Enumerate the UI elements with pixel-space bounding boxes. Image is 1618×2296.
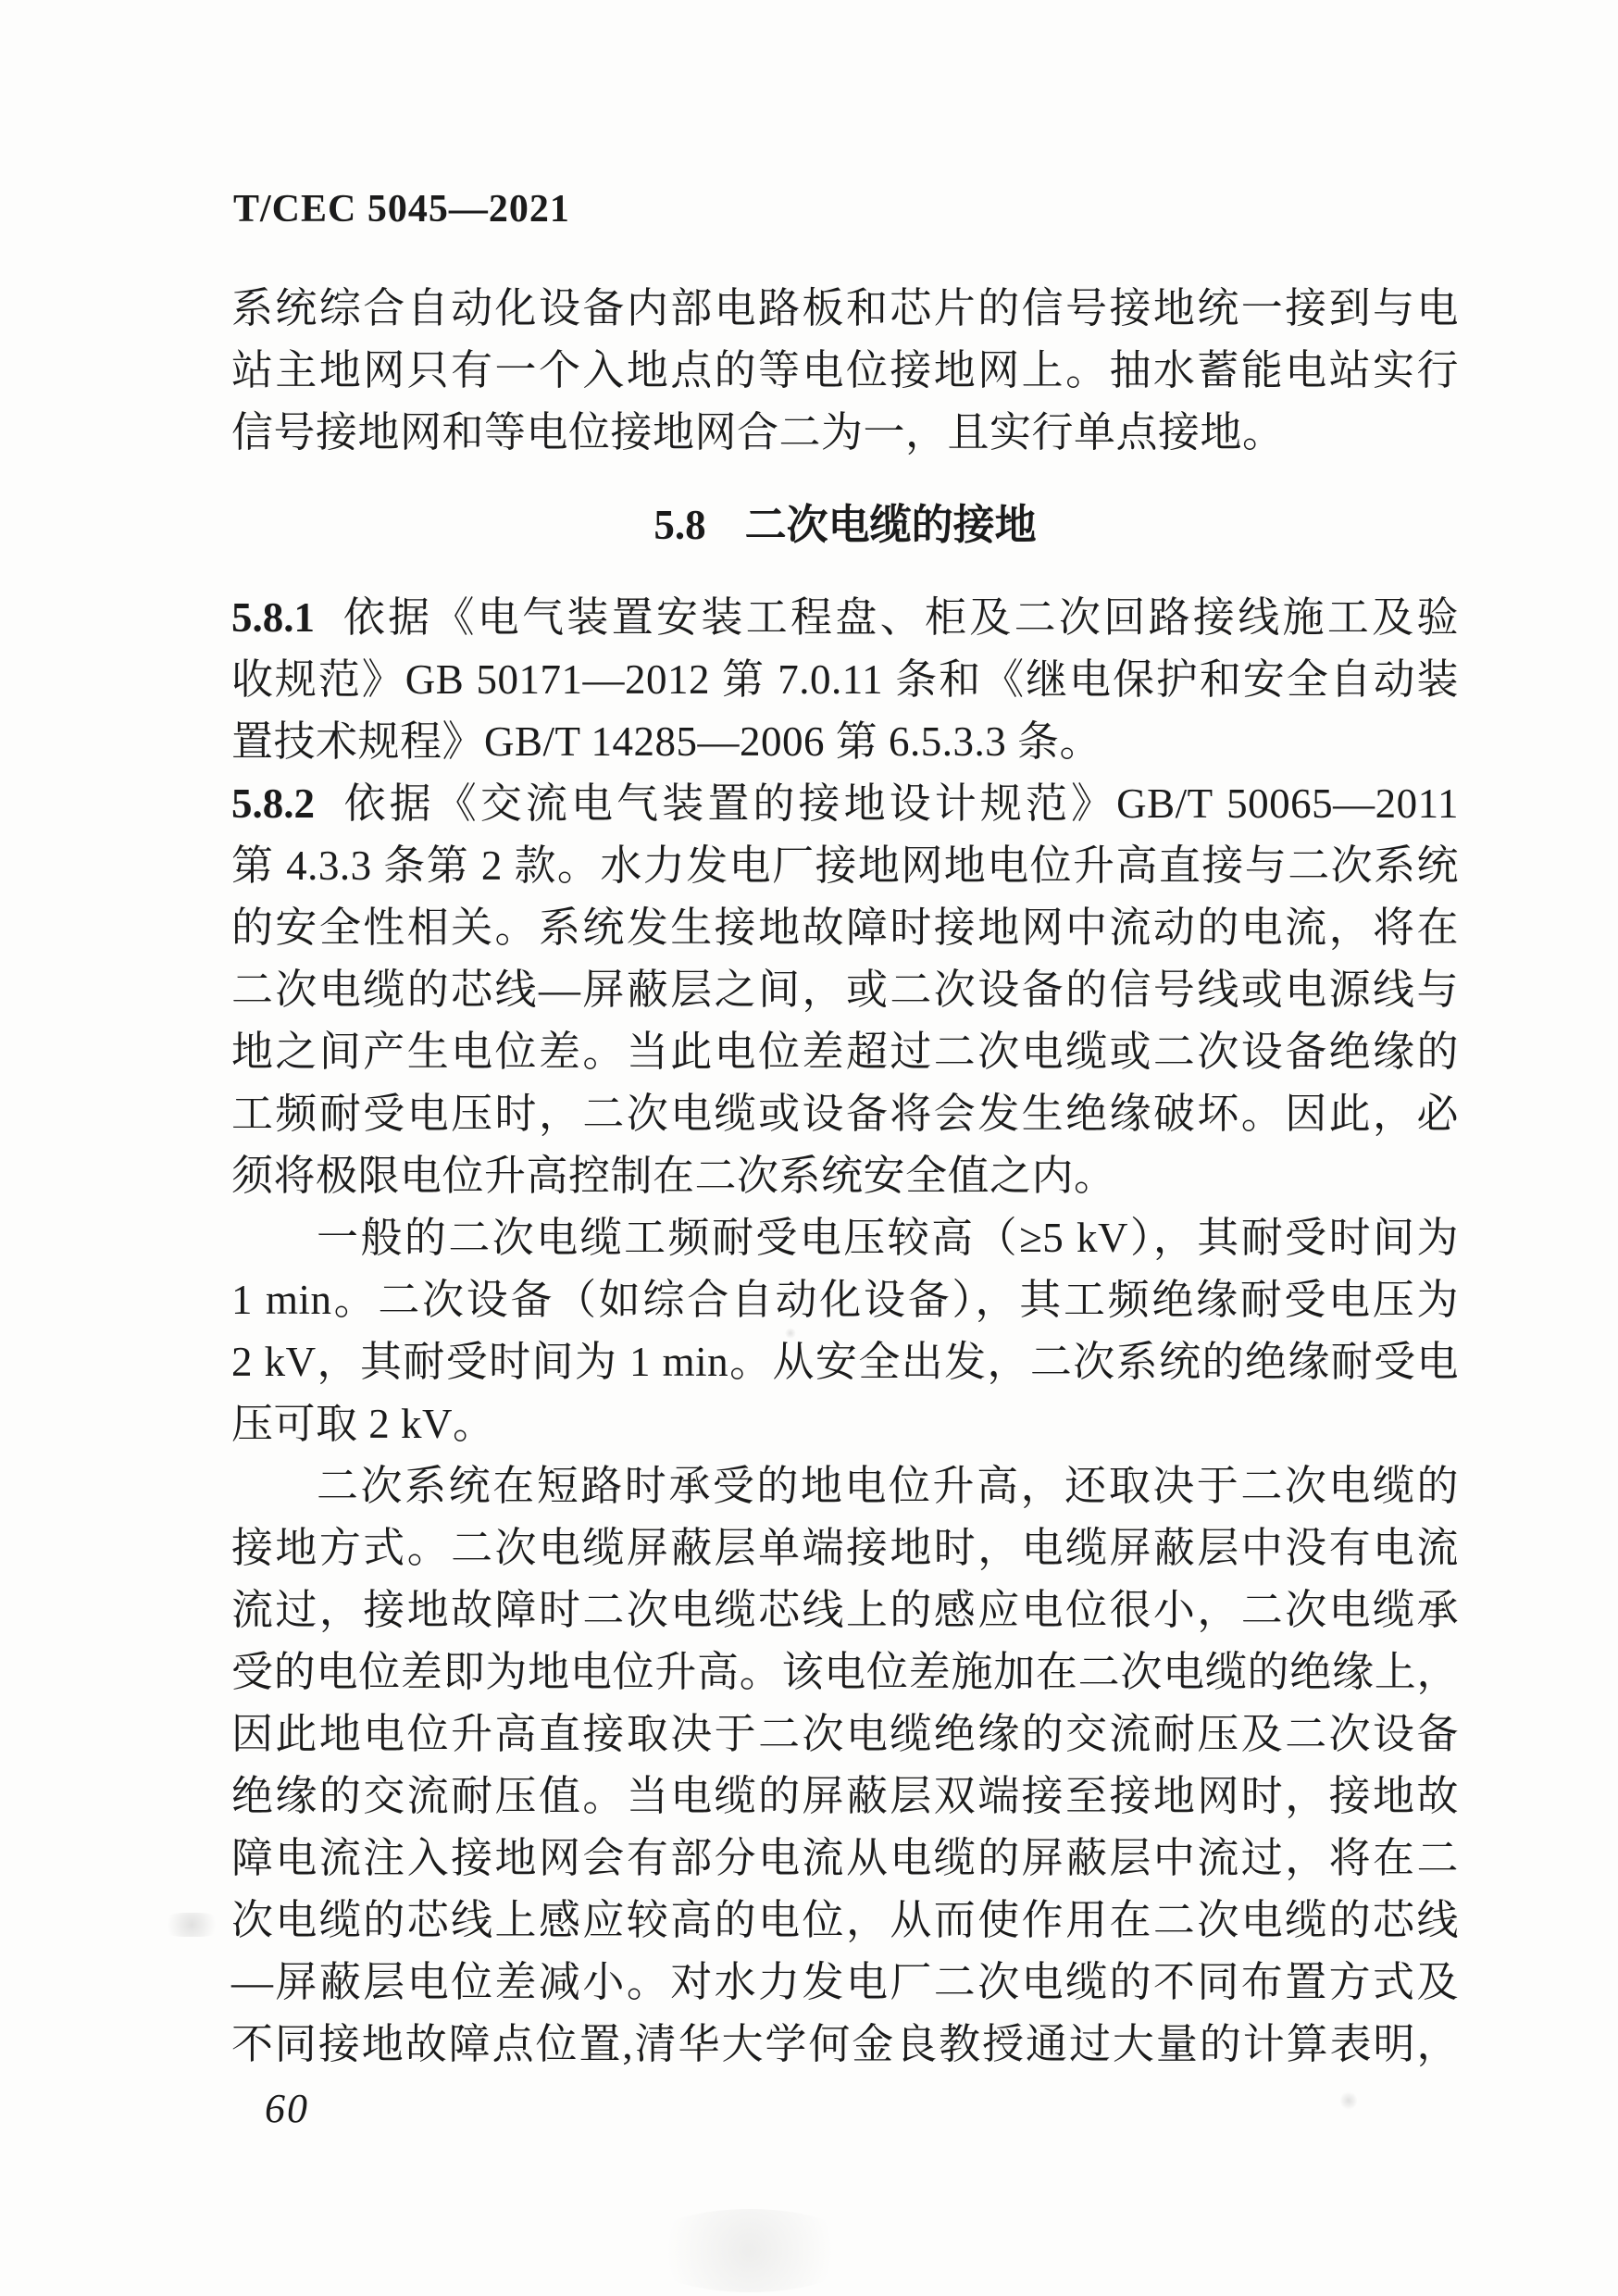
text-line: 站主地网只有一个入地点的等电位接地网上。抽水蓄能电站实行: [231, 340, 1459, 402]
text-line: 置技术规程》GB/T 14285—2006 第 6.5.3.3 条。: [231, 711, 1459, 773]
text-line: 绝缘的交流耐压值。当电缆的屏蔽层双端接至接地网时，接地故: [231, 1766, 1459, 1828]
scan-artifact: [785, 1328, 796, 1339]
text-line: 一般的二次电缆工频耐受电压较高（≥5 kV），其耐受时间为: [231, 1207, 1459, 1269]
scan-artifact: [639, 2209, 861, 2292]
clause-text: 依据《交流电气装置的接地设计规范》GB/T 50065—2011: [341, 780, 1459, 827]
text-line: 障电流注入接地网会有部分电流从电缆的屏蔽层中流过，将在二: [231, 1828, 1459, 1890]
section-number: 5.8: [653, 502, 705, 548]
text-line: 须将极限电位升高控制在二次系统安全值之内。: [231, 1145, 1459, 1207]
text-line: 信号接地网和等电位接地网合二为一，且实行单点接地。: [231, 402, 1459, 464]
text-line: 受的电位差即为地电位升高。该电位差施加在二次电缆的绝缘上，: [231, 1641, 1459, 1703]
text-line: 1 min。二次设备（如综合自动化设备），其工频绝缘耐受电压为: [231, 1269, 1459, 1331]
section-heading: 5.8二次电缆的接地: [231, 494, 1459, 556]
text-line: 5.8.1依据《电气装置安装工程盘、柜及二次回路接线施工及验: [231, 587, 1459, 649]
text-line: 的安全性相关。系统发生接地故障时接地网中流动的电流，将在: [231, 897, 1459, 959]
document-page: T/CEC 5045—2021 系统综合自动化设备内部电路板和芯片的信号接地统一…: [0, 0, 1618, 2296]
section-title: 二次电缆的接地: [745, 502, 1037, 548]
text-line: 工频耐受电压时，二次电缆或设备将会发生绝缘破坏。因此，必: [231, 1083, 1459, 1145]
scan-artifact: [159, 1913, 224, 1937]
text-line: 5.8.2依据《交流电气装置的接地设计规范》GB/T 50065—2011: [231, 773, 1459, 835]
text-line: 第 4.3.3 条第 2 款。水力发电厂接地网地电位升高直接与二次系统: [231, 835, 1459, 897]
text-line: 二次系统在短路时承受的地电位升高，还取决于二次电缆的: [231, 1455, 1459, 1517]
document-body: 系统综合自动化设备内部电路板和芯片的信号接地统一接到与电 站主地网只有一个入地点…: [231, 278, 1459, 2076]
text-line: 接地方式。二次电缆屏蔽层单端接地时，电缆屏蔽层中没有电流: [231, 1517, 1459, 1579]
page-number: 60: [265, 2085, 309, 2132]
clause-number: 5.8.1: [231, 594, 315, 641]
text-line: 地之间产生电位差。当此电位差超过二次电缆或二次设备绝缘的: [231, 1021, 1459, 1083]
standard-code-header: T/CEC 5045—2021: [233, 187, 570, 231]
text-line: 次电缆的芯线上感应较高的电位，从而使作用在二次电缆的芯线: [231, 1890, 1459, 1952]
text-line: —屏蔽层电位差减小。对水力发电厂二次电缆的不同布置方式及: [231, 1952, 1459, 2014]
text-line: 系统综合自动化设备内部电路板和芯片的信号接地统一接到与电: [231, 278, 1459, 340]
clause-number: 5.8.2: [231, 780, 315, 827]
scan-artifact: [687, 289, 700, 302]
clause-text: 依据《电气装置安装工程盘、柜及二次回路接线施工及验: [341, 594, 1459, 641]
text-line: 压可取 2 kV。: [231, 1393, 1459, 1455]
text-line: 不同接地故障点位置,清华大学何金良教授通过大量的计算表明，: [231, 2014, 1459, 2076]
scan-artifact: [1340, 2090, 1357, 2111]
text-line: 流过，接地故障时二次电缆芯线上的感应电位很小，二次电缆承: [231, 1579, 1459, 1641]
text-line: 收规范》GB 50171—2012 第 7.0.11 条和《继电保护和安全自动装: [231, 649, 1459, 711]
text-line: 二次电缆的芯线—屏蔽层之间，或二次设备的信号线或电源线与: [231, 959, 1459, 1021]
text-line: 2 kV，其耐受时间为 1 min。从安全出发，二次系统的绝缘耐受电: [231, 1331, 1459, 1393]
text-line: 因此地电位升高直接取决于二次电缆绝缘的交流耐压及二次设备: [231, 1703, 1459, 1766]
